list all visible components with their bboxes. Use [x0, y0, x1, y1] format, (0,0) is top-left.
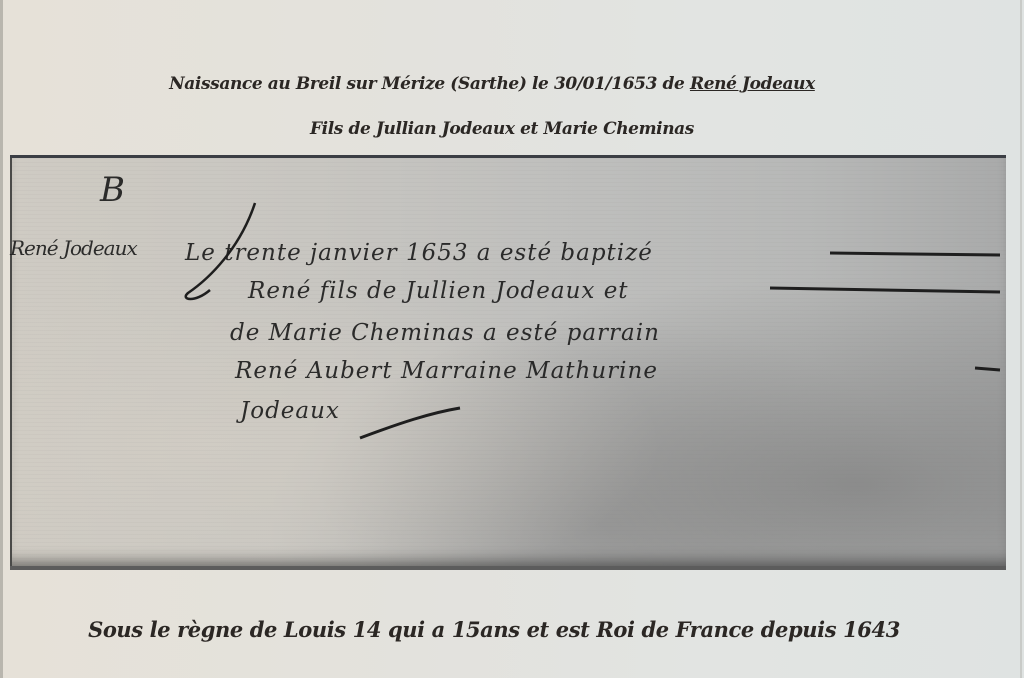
footer-caption: Sous le règne de Louis 14 qui a 15ans et…	[0, 617, 1006, 642]
manuscript-line-3: de Marie Cheminas a esté parrain	[230, 320, 660, 346]
title-person-name: René Jodeaux	[690, 74, 815, 94]
manuscript-line-2: René fils de Jullien Jodeaux et	[248, 278, 629, 304]
manuscript-margin-rule	[10, 158, 12, 566]
sheet-right-edge	[1020, 0, 1022, 678]
manuscript-scan: B René Jodeaux Le trente janvier 1653 a …	[10, 155, 1006, 570]
document-title: Naissance au Breil sur Mérize (Sarthe) l…	[0, 74, 1004, 94]
manuscript-line-1: Le trente janvier 1653 a esté baptizé	[185, 240, 653, 266]
title-prefix: Naissance au Breil sur Mérize (Sarthe) l…	[169, 74, 690, 94]
manuscript-line-5: Jodeaux	[240, 398, 340, 424]
manuscript-line-4: René Aubert Marraine Mathurine	[235, 358, 658, 384]
parents-caption: Fils de Jullian Jodeaux et Marie Chemina…	[0, 119, 1014, 139]
sheet-left-edge	[0, 0, 3, 678]
margin-name: René Jodeaux	[10, 236, 137, 260]
margin-baptism-mark: B	[100, 170, 125, 210]
